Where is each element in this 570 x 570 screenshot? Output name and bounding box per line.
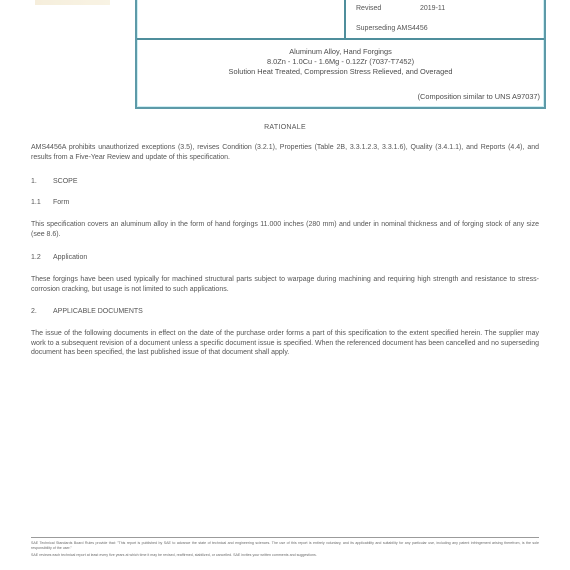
composition-note: (Composition similar to UNS A97037) <box>418 92 540 102</box>
footer-notice-2: SAE reviews each technical report at lea… <box>31 553 539 558</box>
rationale-heading: RATIONALE <box>0 124 570 131</box>
section-form-heading: 1.1Form <box>31 199 69 206</box>
revised-line: Revised2019-11 <box>356 5 445 12</box>
title-line-3: Solution Heat Treated, Compression Stres… <box>137 67 544 77</box>
section-form-text: This specification covers an aluminum al… <box>31 220 539 239</box>
footer-notice-1: SAE Technical Standards Board Rules prov… <box>31 541 539 551</box>
section-applicable-documents-text: The issue of the following documents in … <box>31 329 539 358</box>
meta-row: Revised2019-11 Superseding AMS4456 <box>137 0 544 40</box>
section-number: 2. <box>31 308 53 315</box>
section-title: SCOPE <box>53 178 78 185</box>
section-applicable-documents-heading: 2.APPLICABLE DOCUMENTS <box>31 308 143 315</box>
section-title: Application <box>53 254 87 261</box>
section-scope-heading: 1.SCOPE <box>31 178 78 185</box>
revised-label: Revised <box>356 5 420 12</box>
document-page: Revised2019-11 Superseding AMS4456 Alumi… <box>0 0 570 570</box>
logo-remnant <box>35 0 110 5</box>
section-application-text: These forgings have been used typically … <box>31 275 539 294</box>
revised-value: 2019-11 <box>420 5 445 12</box>
title-line-1: Aluminum Alloy, Hand Forgings <box>137 47 544 57</box>
meta-left-cell <box>137 0 346 38</box>
document-header-box: Revised2019-11 Superseding AMS4456 Alumi… <box>135 0 546 109</box>
document-title-block: Aluminum Alloy, Hand Forgings 8.0Zn - 1.… <box>137 42 544 107</box>
superseding-line: Superseding AMS4456 <box>356 25 428 32</box>
footer-divider <box>31 537 539 538</box>
section-number: 1. <box>31 178 53 185</box>
section-number: 1.2 <box>31 254 53 261</box>
title-line-2: 8.0Zn - 1.0Cu - 1.6Mg - 0.12Zr (7037-T74… <box>137 57 544 67</box>
rationale-text: AMS4456A prohibits unauthorized exceptio… <box>31 143 539 162</box>
section-application-heading: 1.2Application <box>31 254 87 261</box>
section-title: APPLICABLE DOCUMENTS <box>53 308 143 315</box>
section-number: 1.1 <box>31 199 53 206</box>
meta-right-cell: Revised2019-11 Superseding AMS4456 <box>348 0 544 38</box>
section-title: Form <box>53 199 69 206</box>
